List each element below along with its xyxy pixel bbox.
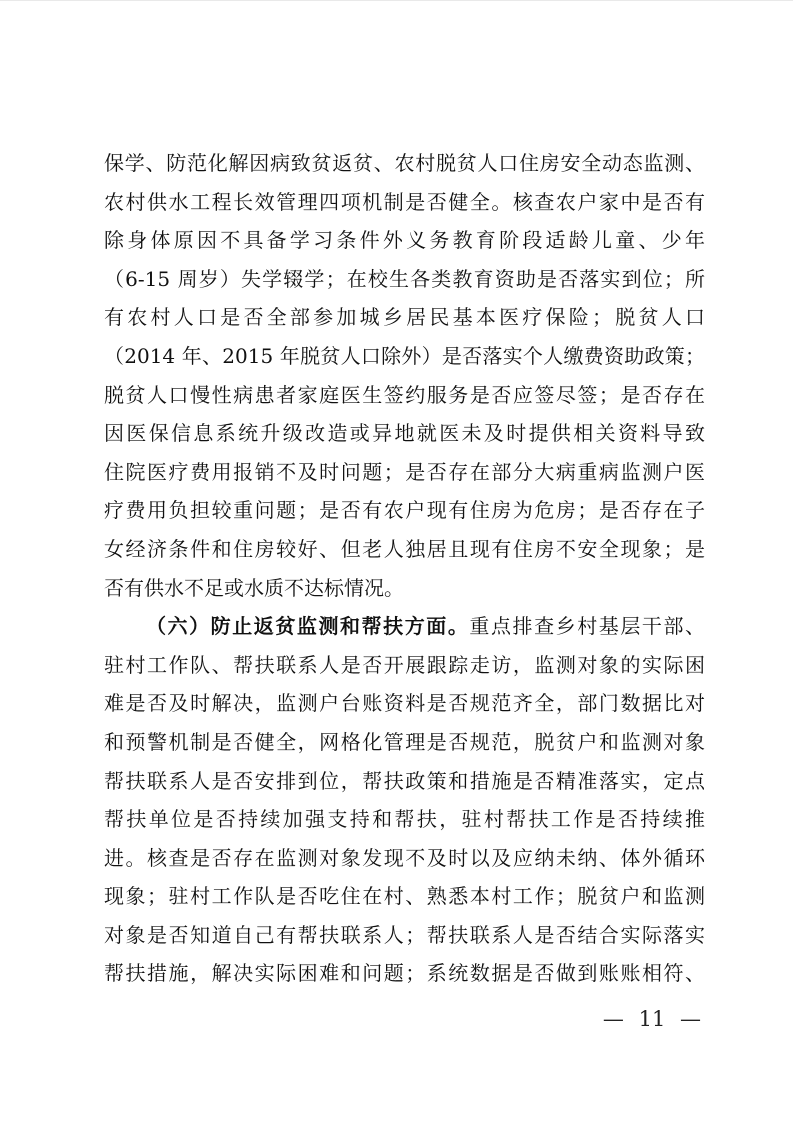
text-line: 保学、防范化解因病致贫返贫、农村脱贫人口住房安全动态监测、 [104,144,705,183]
text-line: 难是否及时解决，监测户台账资料是否规范齐全，部门数据比对 [104,684,705,723]
line-text: 否有供水不足或水质不达标情况。 [104,576,404,600]
text-line: 有农村人口是否全部参加城乡居民基本医疗保险；脱贫人口 [104,298,705,337]
text-line: 帮扶措施，解决实际困难和问题；系统数据是否做到账账相符、 [104,954,705,993]
line-text: 农村供水工程长效管理四项机制是否健全。核查农户家中是否有 [104,190,705,214]
line-text: 住院医疗费用报销不及时问题；是否存在部分大病重病监测户医 [104,460,705,484]
text-line: 和预警机制是否健全，网格化管理是否规范，脱贫户和监测对象 [104,723,705,762]
line-text: （2014 年、2015 年脱贫人口除外）是否落实个人缴费资助政策； [104,344,705,368]
line-text: （6-15 周岁）失学辍学；在校生各类教育资助是否落实到位；所 [104,267,705,291]
line-text: 现象；驻村工作队是否吃住在村、熟悉本村工作；脱贫户和监测 [104,884,705,908]
line-text: 和预警机制是否健全，网格化管理是否规范，脱贫户和监测对象 [104,730,705,754]
text-line: 帮扶联系人是否安排到位，帮扶政策和措施是否精准落实，定点 [104,762,705,801]
line-text: 帮扶联系人是否安排到位，帮扶政策和措施是否精准落实，定点 [104,769,705,793]
text-line: 进。核查是否存在监测对象发现不及时以及应纳未纳、体外循环 [104,839,705,878]
line-text: 难是否及时解决，监测户台账资料是否规范齐全，部门数据比对 [104,691,705,715]
text-line: 否有供水不足或水质不达标情况。 [104,569,705,608]
text-line: 住院医疗费用报销不及时问题；是否存在部分大病重病监测户医 [104,453,705,492]
text-line: 帮扶单位是否持续加强支持和帮扶，驻村帮扶工作是否持续推 [104,800,705,839]
section-heading: （六）防止返贫监测和帮扶方面。 [146,614,469,638]
text-line: 现象；驻村工作队是否吃住在村、熟悉本村工作；脱贫户和监测 [104,877,705,916]
text-line: 农村供水工程长效管理四项机制是否健全。核查农户家中是否有 [104,183,705,222]
document-page: { "doc": { "lines": [ { "bold": "", "tex… [0,0,793,1122]
text-line: 对象是否知道自己有帮扶联系人；帮扶联系人是否结合实际落实 [104,916,705,955]
text-line: 疗费用负担较重问题；是否有农户现有住房为危房；是否存在子 [104,491,705,530]
line-text: 帮扶单位是否持续加强支持和帮扶，驻村帮扶工作是否持续推 [104,807,705,831]
line-text: 女经济条件和住房较好、但老人独居且现有住房不安全现象；是 [104,537,705,561]
line-text: 脱贫人口慢性病患者家庭医生签约服务是否应签尽签；是否存在 [104,383,705,407]
line-text: 重点排查乡村基层干部、 [469,614,705,638]
line-text: 帮扶措施，解决实际困难和问题；系统数据是否做到账账相符、 [104,961,705,985]
line-text: 除身体原因不具备学习条件外义务教育阶段适龄儿童、少年 [104,228,705,252]
text-line: 除身体原因不具备学习条件外义务教育阶段适龄儿童、少年 [104,221,705,260]
line-text: 疗费用负担较重问题；是否有农户现有住房为危房；是否存在子 [104,498,705,522]
document-body: 保学、防范化解因病致贫返贫、农村脱贫人口住房安全动态监测、 农村供水工程长效管理… [104,144,705,993]
text-line: 女经济条件和住房较好、但老人独居且现有住房不安全现象；是 [104,530,705,569]
text-line: （六）防止返贫监测和帮扶方面。重点排查乡村基层干部、 [104,607,705,646]
text-line: 因医保信息系统升级改造或异地就医未及时提供相关资料导致 [104,414,705,453]
text-line: 驻村工作队、帮扶联系人是否开展跟踪走访，监测对象的实际困 [104,646,705,685]
line-text: 有农村人口是否全部参加城乡居民基本医疗保险；脱贫人口 [104,305,705,329]
line-text: 因医保信息系统升级改造或异地就医未及时提供相关资料导致 [104,421,705,445]
text-line: （2014 年、2015 年脱贫人口除外）是否落实个人缴费资助政策； [104,337,705,376]
text-line: （6-15 周岁）失学辍学；在校生各类教育资助是否落实到位；所 [104,260,705,299]
text-line: 脱贫人口慢性病患者家庭医生签约服务是否应签尽签；是否存在 [104,376,705,415]
line-text: 驻村工作队、帮扶联系人是否开展跟踪走访，监测对象的实际困 [104,653,705,677]
line-text: 保学、防范化解因病致贫返贫、农村脱贫人口住房安全动态监测、 [104,151,705,175]
line-text: 对象是否知道自己有帮扶联系人；帮扶联系人是否结合实际落实 [104,923,705,947]
page-number: — 11 — [603,1004,701,1034]
line-text: 进。核查是否存在监测对象发现不及时以及应纳未纳、体外循环 [104,846,705,870]
